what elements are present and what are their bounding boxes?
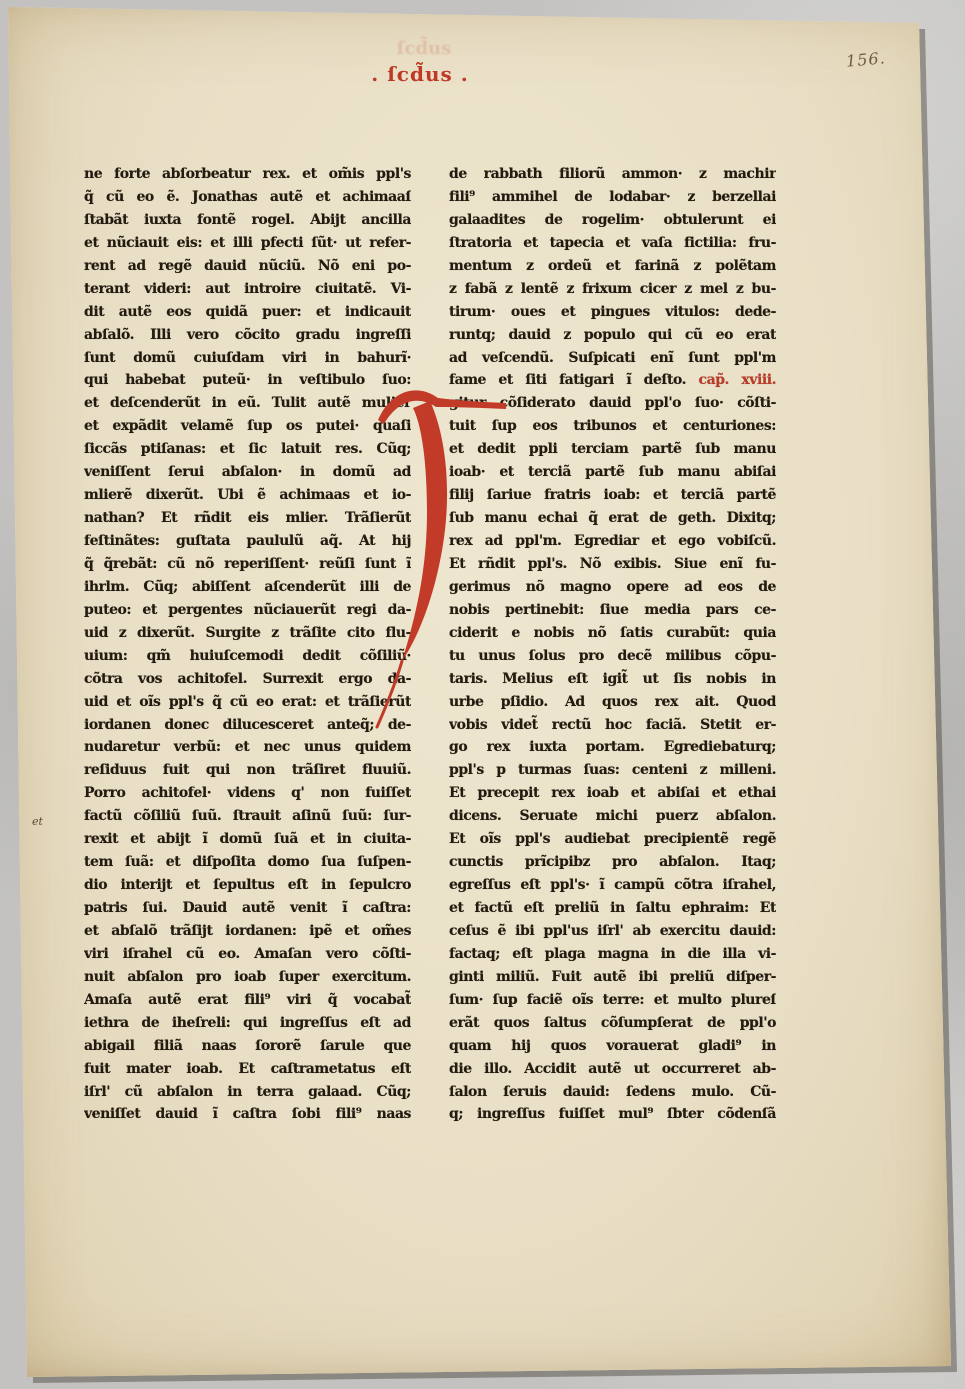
illuminated-initial-i (372, 384, 512, 734)
chapter-rubric: cap̃. xviii. (699, 372, 777, 388)
text-line: dio interijt et ſepultus eſt in ſepulcro (84, 874, 411, 897)
text-line: q; ingreſſus fuiſſet mul⁹ ſbter cõdenſã (449, 1103, 776, 1126)
running-header-ink-offset: ſcd̃us (344, 38, 504, 59)
text-line: nathan? Et rñdit eis mlier. Trãſierũt (84, 507, 411, 530)
text-line: reſiduus fuit qui non trãſiret fluuiũ. (84, 759, 411, 782)
text-line: factaq; eſt plaga magna in die illa vi- (449, 943, 776, 966)
text-line: ſtratoria et tapecia et vaſa fictilia: f… (449, 232, 776, 255)
text-line: nudaretur verbũ: et nec unus quidem (84, 736, 411, 759)
manuscript-page: ſcd̃us . ſcd̃us . 156. et ne forte abſor… (0, 0, 965, 1389)
text-line: et deſcenderũt in eũ. Tulit autẽ mulier (84, 392, 411, 415)
text-line: ceſus ẽ ibi ppl'us iſrl' ab exercitu dau… (449, 920, 776, 943)
text-line: ſtabãt iuxta fontẽ rogel. Abijt ancilla (84, 209, 411, 232)
text-line: uium: qm̃ huiuſcemodi dedit cõſiliũ· (84, 645, 411, 668)
running-header: . ſcd̃us . (330, 62, 510, 86)
text-line: Et precepit rex ioab et abiſai et ethai (449, 782, 776, 805)
text-line: dit autẽ eos quidã puer: et indicauit (84, 301, 411, 324)
text-line: mlierẽ dixerũt. Ubi ẽ achimaas et io- (84, 484, 411, 507)
text-line: qui habebat puteũ· in veſtibulo ſuo: (84, 369, 411, 392)
text-line: ſiccãs ptiſanas: et ſic latuit res. Cũq; (84, 438, 411, 461)
text-line: de rabbath filiorũ ammon· z machir (449, 163, 776, 186)
text-line: fuit mater ioab. Et caſtrametatus eſt (84, 1058, 411, 1081)
text-line: et factũ eſt preliũ in ſaltu ephraim: Et (449, 897, 776, 920)
text-line: ginti miliũ. Fuit autẽ ibi preliũ diſper… (449, 966, 776, 989)
text-line: quam hij quos vorauerat gladi⁹ in (449, 1035, 776, 1058)
text-line: terant videri: aut introire ciuitatẽ. Vi… (84, 278, 411, 301)
text-line: iordanen donec dilucesceret anteq̃; de- (84, 714, 411, 737)
text-line: puteo: et pergentes nũciauerũt regi da- (84, 599, 411, 622)
text-line: patris ſui. Dauid autẽ venit ĩ caſtra: (84, 897, 411, 920)
text-line: abigail filiã naas ſororẽ ſarule que (84, 1035, 411, 1058)
text-line: uid z dixerũt. Surgite z trãſite cito fl… (84, 622, 411, 645)
text-line: tem ſuã: et diſpoſita domo ſua ſuſpen- (84, 851, 411, 874)
text-line: runtq; dauid z populo qui cũ eo erat (449, 324, 776, 347)
text-line: rexit et abijt ĩ domũ ſuã et in ciuita- (84, 828, 411, 851)
initial-i-glyph (377, 390, 506, 727)
text-line: erãt quos ſaltus cõſumpſerat de ppl'o (449, 1012, 776, 1035)
text-line: ne forte abſorbeatur rex. et om̃is ppl's (84, 163, 411, 186)
text-line: uid et oĩs ppl's q̃ cũ eo erat: et trãſi… (84, 691, 411, 714)
text-line: die illo. Accidit autẽ ut occurreret ab- (449, 1058, 776, 1081)
text-line: ſalon ſeruis dauid: ſedens mulo. Cũ- (449, 1081, 776, 1104)
text-line: et nũciauit eis: et illi pfecti ſũt· ut … (84, 232, 411, 255)
text-line: veniſſet dauid ĩ caſtra ſobi fili⁹ naas (84, 1103, 411, 1126)
text-line: et expãdit velamẽ ſup os putei· quaſi (84, 415, 411, 438)
text-line: mentum z ordeũ et farinã z polẽtam (449, 255, 776, 278)
text-line: cunctis prĩcipibz pro abſalon. Itaq; (449, 851, 776, 874)
text-line: iethra de iheſreli: qui ingreſſus eſt ad (84, 1012, 411, 1035)
text-line: ppl's p turmas ſuas: centeni z milleni. (449, 759, 776, 782)
text-line: abſalõ. Illi vero cõcito gradu ingreſſi (84, 324, 411, 347)
text-line: cõtra vos achitofel. Surrexit ergo da- (84, 668, 411, 691)
text-line: Porro achitofel· videns q' non fuiſſet (84, 782, 411, 805)
folio-number: 156. (845, 48, 886, 70)
column-left: ne forte abſorbeatur rex. et om̃is ppl's… (84, 163, 411, 1126)
text-line: tirum· oues et pingues vitulos: dede- (449, 301, 776, 324)
margin-note: et (32, 815, 43, 828)
text-line: ad veſcendũ. Suſpicati enĩ ſunt ppl'm (449, 347, 776, 370)
text-line: rent ad regẽ dauid nũciũ. Nõ eni po- (84, 255, 411, 278)
text-line: go rex iuxta portam. Egrediebaturq; (449, 736, 776, 759)
text-line: veniſſent ſerui abſalon· in domũ ad (84, 461, 411, 484)
text-line: feſtinãtes: guſtata paululũ aq̃. At hij (84, 530, 411, 553)
text-line: dicens. Seruate michi puerz abſalon. (449, 805, 776, 828)
text-line: Et oĩs ppl's audiebat precipientẽ regẽ (449, 828, 776, 851)
text-line: q̃ q̃rebãt: cũ nõ reperiſſent· reũſi ſun… (84, 553, 411, 576)
text-line: fili⁹ ammihel de lodabar· z berzellai (449, 186, 776, 209)
text-line: ſum· ſup faciẽ oĩs terre: et multo plure… (449, 989, 776, 1012)
text-line: viri iſrahel cũ eo. Amaſan vero cõſti- (84, 943, 411, 966)
text-line: factũ cõſiliũ ſuũ. ſtrauit aſinũ ſuũ: ſu… (84, 805, 411, 828)
text-line: galaadites de rogelim· obtulerunt ei (449, 209, 776, 232)
text-line: z fabã z lentẽ z frixum cicer z mel z bu… (449, 278, 776, 301)
text-line: q̃ cũ eo ẽ. Jonathas autẽ et achimaaſ (84, 186, 411, 209)
text-line: et abſalõ trãſijt iordanen: ipẽ et om̃es (84, 920, 411, 943)
text-line: ſunt domũ cuiuſdam viri in bahurĩ· (84, 347, 411, 370)
text-line: egreſſus eſt ppl's· ĩ campũ cõtra iſrahe… (449, 874, 776, 897)
text-line: ihrlm. Cũq; abiſſent aſcenderũt illi de (84, 576, 411, 599)
text-line: nuit abſalon pro ioab ſuper exercitum. (84, 966, 411, 989)
text-line: iſrl' cũ abſalon in terra galaad. Cũq; (84, 1081, 411, 1104)
text-line: Amaſa autẽ erat fili⁹ viri q̃ vocabat̃ (84, 989, 411, 1012)
